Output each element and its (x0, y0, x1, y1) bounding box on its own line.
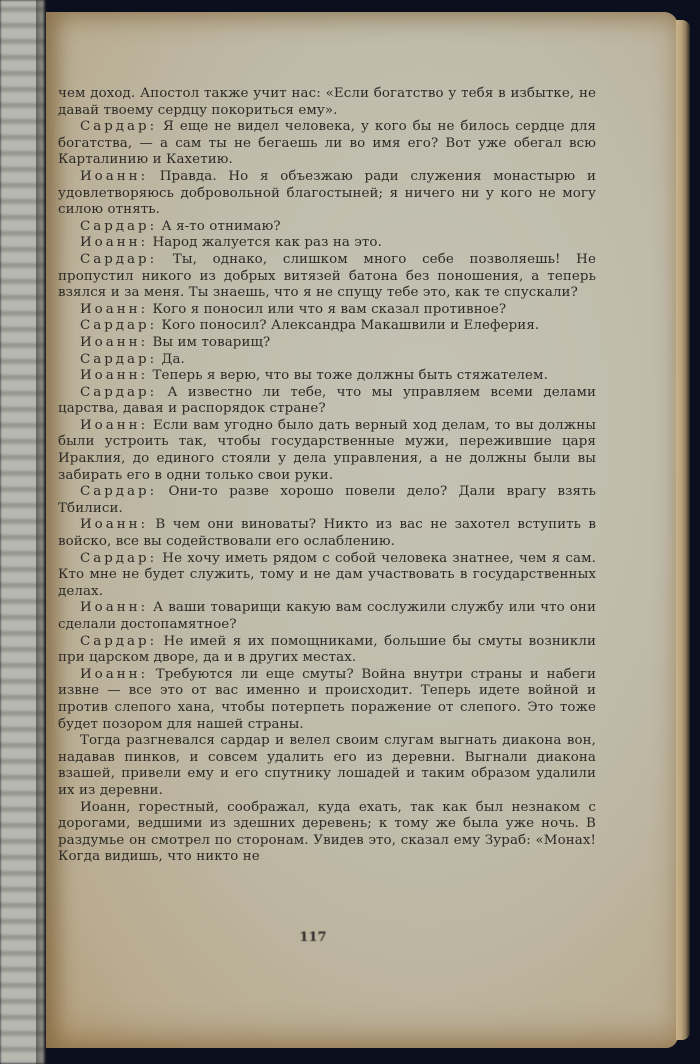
dialogue-line: Иоанн: Теперь я верю, что вы тоже должны… (58, 368, 596, 385)
dialogue-line: Иоанн: А ваши товарищи какую вам сослужи… (58, 600, 596, 633)
speaker-name: Сардар: (80, 385, 157, 400)
speaker-name: Иоанн: (80, 517, 148, 532)
speaker-name: Сардар: (80, 352, 157, 367)
dialogue-line: Сардар: А известно ли тебе, что мы управ… (58, 385, 596, 418)
paragraph-text: Иоанн, горестный, соображал, куда ехать,… (58, 800, 596, 865)
paragraph-text: Вы им товарищ? (148, 335, 270, 350)
speaker-name: Сардар: (80, 252, 157, 267)
speaker-name: Иоанн: (80, 667, 148, 682)
dialogue-line: Иоанн: Народ жалуется как раз на это. (58, 235, 596, 252)
dialogue-line: Иоанн: В чем они виноваты? Никто из вас … (58, 517, 596, 550)
speaker-name: Иоанн: (80, 418, 148, 433)
paragraph-text: Кого я поносил или что я вам сказал прот… (148, 302, 506, 317)
narrative-paragraph: Тогда разгневался сардар и велел своим с… (58, 733, 596, 799)
paragraph-text: Народ жалуется как раз на это. (148, 235, 382, 250)
speaker-name: Иоанн: (80, 302, 148, 317)
dialogue-line: Иоанн: Вы им товарищ? (58, 335, 596, 352)
paragraph-text: А я-то отнимаю? (157, 219, 281, 234)
speaker-name: Сардар: (80, 484, 157, 499)
speaker-name: Иоанн: (80, 335, 148, 350)
paragraph-text: Теперь я верю, что вы тоже должны быть с… (148, 368, 548, 383)
dialogue-line: Сардар: Не хочу иметь рядом с собой чело… (58, 551, 596, 601)
page-stack-edges (676, 20, 690, 1040)
paragraph-text: чем доход. Апостол также учит нас: «Если… (58, 86, 596, 118)
paragraph-text: Кого поносил? Александра Макашвили и Еле… (157, 318, 539, 333)
narrative-paragraph: чем доход. Апостол также учит нас: «Если… (58, 86, 596, 119)
speaker-name: Иоанн: (80, 169, 148, 184)
dialogue-line: Сардар: Я еще не видел человека, у кого … (58, 119, 596, 169)
dialogue-line: Иоанн: Требуются ли еще смуты? Война вну… (58, 667, 596, 733)
dialogue-line: Сардар: Ты, однако, слишком много себе п… (58, 252, 596, 302)
speaker-name: Иоанн: (80, 235, 148, 250)
dialogue-line: Сардар: Не имей я их помощниками, больши… (58, 634, 596, 667)
dialogue-line: Сардар: А я-то отнимаю? (58, 219, 596, 236)
paragraph-text: Да. (157, 352, 185, 367)
speaker-name: Иоанн: (80, 600, 148, 615)
page-text: чем доход. Апостол также учит нас: «Если… (58, 86, 596, 866)
page-number: 117 (293, 930, 333, 945)
speaker-name: Сардар: (80, 219, 157, 234)
dialogue-line: Иоанн: Кого я поносил или что я вам сказ… (58, 302, 596, 319)
dialogue-line: Сардар: Кого поносил? Александра Макашви… (58, 318, 596, 335)
paragraph-text: Тогда разгневался сардар и велел своим с… (58, 733, 596, 798)
speaker-name: Сардар: (80, 634, 157, 649)
dialogue-line: Сардар: Да. (58, 352, 596, 369)
speaker-name: Сардар: (80, 551, 157, 566)
dialogue-line: Иоанн: Если вам угодно было дать верный … (58, 418, 596, 484)
speaker-name: Иоанн: (80, 368, 148, 383)
narrative-paragraph: Иоанн, горестный, соображал, куда ехать,… (58, 800, 596, 866)
dialogue-line: Иоанн: Правда. Но я объезжаю ради служен… (58, 169, 596, 219)
speaker-name: Сардар: (80, 119, 157, 134)
dialogue-line: Сардар: Они-то разве хорошо повели дело?… (58, 484, 596, 517)
speaker-name: Сардар: (80, 318, 157, 333)
